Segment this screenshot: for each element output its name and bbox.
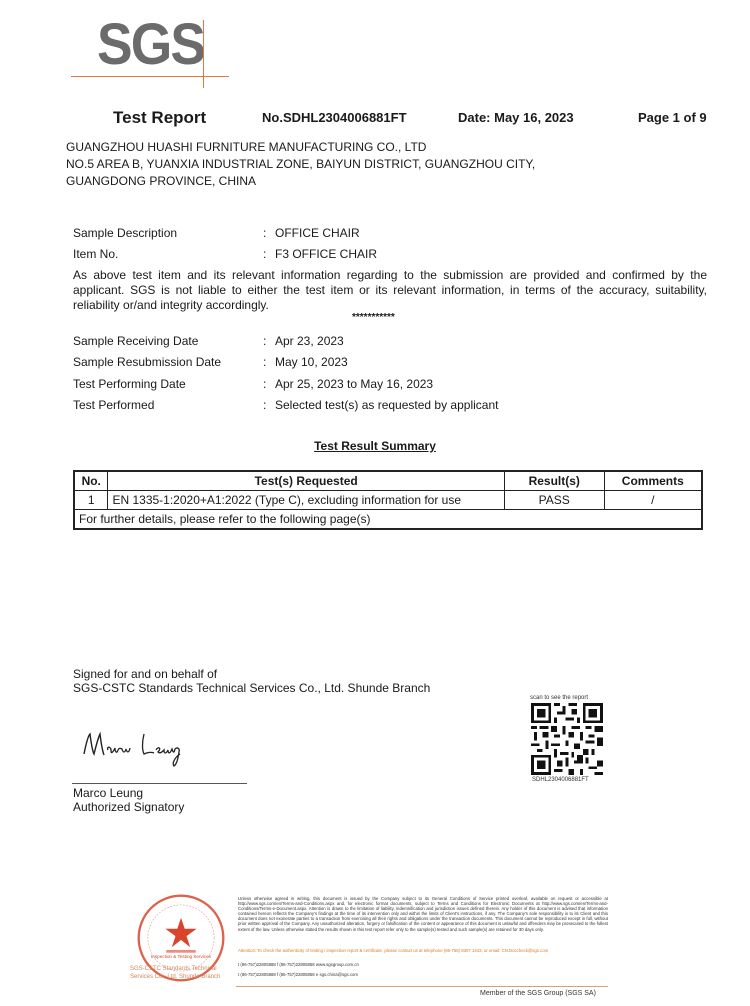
field-receiving-date: Sample Receiving Date:Apr 23, 2023 — [73, 334, 344, 348]
table-row: 1 EN 1335-1:2020+A1:2022 (Type C), exclu… — [74, 491, 702, 510]
applicant-line: GUANGDONG PROVINCE, CHINA — [66, 173, 535, 190]
field-value: May 10, 2023 — [275, 355, 348, 369]
logo-accent-line — [71, 76, 229, 77]
page-indicator: Page 1 of 9 — [638, 110, 707, 125]
table-footnote-row: For further details, please refer to the… — [74, 510, 702, 530]
cell-comments: / — [604, 491, 702, 510]
sgs-group-member: Member of the SGS Group (SGS SA) — [480, 990, 596, 997]
field-label: Test Performing Date — [73, 377, 263, 391]
qr-caption: scan to see the report — [530, 695, 588, 701]
applicant-line: GUANGZHOU HUASHI FURNITURE MANUFACTURING… — [66, 139, 535, 156]
cell-no: 1 — [74, 491, 108, 510]
qr-report-id: SDHL2304006881FT — [532, 777, 589, 783]
sgs-logo: SGS — [97, 16, 204, 74]
handwritten-signature — [82, 728, 202, 768]
stamp-subtext: SGS-CSTC Standards Technical Services Co… — [130, 965, 230, 981]
field-label: Sample Receiving Date — [73, 334, 263, 348]
signed-on-behalf: Signed for and on behalf of SGS-CSTC Sta… — [73, 667, 430, 695]
applicant-address: GUANGZHOU HUASHI FURNITURE MANUFACTURING… — [66, 139, 535, 190]
table-footnote: For further details, please refer to the… — [74, 510, 702, 530]
cell-test: EN 1335-1:2020+A1:2022 (Type C), excludi… — [108, 491, 504, 510]
report-date: Date: May 16, 2023 — [458, 110, 574, 125]
field-sample-description: Sample Description:OFFICE CHAIR — [73, 226, 360, 240]
signatory-name: Marco Leung — [73, 786, 184, 800]
field-label: Test Performed — [73, 398, 263, 412]
cell-result: PASS — [504, 491, 604, 510]
field-label: Sample Description — [73, 226, 263, 240]
field-item-no: Item No.:F3 OFFICE CHAIR — [73, 247, 377, 261]
report-title: Test Report — [113, 108, 206, 128]
field-resubmission-date: Sample Resubmission Date:May 10, 2023 — [73, 355, 348, 369]
disclaimer-paragraph: As above test item and its relevant info… — [73, 268, 707, 313]
column-header: No. — [74, 471, 108, 491]
field-label: Sample Resubmission Date — [73, 355, 263, 369]
column-header: Test(s) Requested — [108, 471, 504, 491]
contact-line: t (86-757)22805888 f (86-757)22805858 e … — [238, 972, 608, 977]
applicant-line: NO.5 AREA B, YUANXIA INDUSTRIAL ZONE, BA… — [66, 156, 535, 173]
table-header-row: No. Test(s) Requested Result(s) Comments — [74, 471, 702, 491]
field-performing-date: Test Performing Date:Apr 25, 2023 to May… — [73, 377, 433, 391]
signed-for-label: Signed for and on behalf of — [73, 667, 430, 681]
authenticity-notice: Attention: To check the authenticity of … — [238, 948, 608, 953]
logo-accent-line — [203, 20, 204, 88]
summary-title: Test Result Summary — [0, 439, 750, 453]
signatory: Marco Leung Authorized Signatory — [73, 786, 184, 814]
stamp-text: Inspection & Testing Services — [151, 954, 212, 959]
signing-company: SGS-CSTC Standards Technical Services Co… — [73, 681, 430, 695]
field-value: Apr 25, 2023 to May 16, 2023 — [275, 377, 433, 391]
terms-fine-print: Unless otherwise agreed in writing, this… — [238, 896, 608, 932]
summary-table: No. Test(s) Requested Result(s) Comments… — [73, 470, 703, 530]
signatory-role: Authorized Signatory — [73, 800, 184, 814]
separator: *********** — [352, 312, 395, 323]
field-value: Apr 23, 2023 — [275, 334, 344, 348]
signature-line — [72, 783, 247, 784]
field-test-performed: Test Performed:Selected test(s) as reque… — [73, 398, 498, 412]
report-number: No.SDHL2304006881FT — [262, 110, 407, 125]
field-value: Selected test(s) as requested by applica… — [275, 398, 498, 412]
contact-line: t (86-757)22805888 f (86-757)22805858 ww… — [238, 962, 608, 967]
footer-divider — [236, 986, 608, 987]
qr-code[interactable] — [531, 703, 603, 775]
field-value: OFFICE CHAIR — [275, 226, 360, 240]
field-value: F3 OFFICE CHAIR — [275, 247, 377, 261]
column-header: Comments — [604, 471, 702, 491]
column-header: Result(s) — [504, 471, 604, 491]
field-label: Item No. — [73, 247, 263, 261]
